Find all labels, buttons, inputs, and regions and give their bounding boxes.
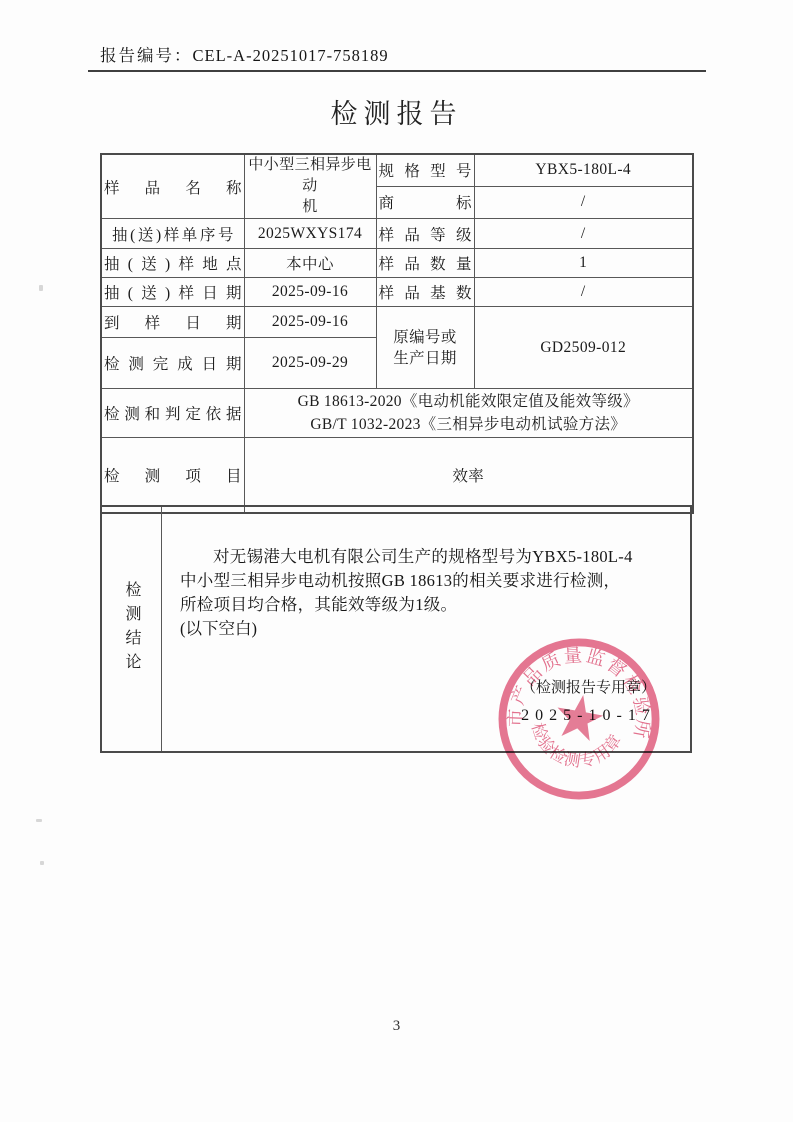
table-row: 抽(送)样地点 本中心 样品数量 1 [101,249,693,278]
report-page: 报告编号：CEL-A-20251017-758189 检测报告 样品名称 中小型… [0,0,793,1122]
conclusion-label-column: 检测结论 [102,507,162,751]
info-table: 样品名称 中小型三相异步电动 机 规格型号 YBX5-180L-4 商标 / 抽… [100,153,692,514]
trademark-value-cell: / [474,186,693,218]
sample-name-label-cell: 样品名称 [101,154,244,219]
arrival-date-label-cell: 到样日期 [101,307,244,338]
orig-no-label-cell: 原编号或 生产日期 [376,307,474,389]
report-number-label: 报告编号： [88,46,193,65]
sampling-date-label-cell: 抽(送)样日期 [101,278,244,307]
table-row: 检测和判定依据 GB 18613-2020《电动机能效限定值及能效等级》 GB/… [101,389,693,438]
base-value-cell: / [474,278,693,307]
page-title: 检测报告 [0,92,793,131]
quantity-label-cell: 样品数量 [376,249,474,278]
conclusion-box: 检测结论 对无锡港大电机有限公司生产的规格型号为YBX5-180L-4中小型三相… [100,505,692,753]
sample-name-value-cell: 中小型三相异步电动 机 [244,154,376,219]
grade-label-cell: 样品等级 [376,219,474,249]
quantity-value-cell: 1 [474,249,693,278]
arrival-date-value-cell: 2025-09-16 [244,307,376,338]
page-number: 3 [0,1018,793,1035]
scan-speck [36,819,42,822]
items-value-cell: 效率 [244,438,693,513]
table-row: 样品名称 中小型三相异步电动 机 规格型号 YBX5-180L-4 [101,154,693,186]
conclusion-label: 检测结论 [120,581,143,677]
location-label-cell: 抽(送)样地点 [101,249,244,278]
location-value-cell: 本中心 [244,249,376,278]
sampling-date-value-cell: 2025-09-16 [244,278,376,307]
seal-note-text: （检测报告专用章） [521,675,656,702]
trademark-label-cell: 商标 [376,186,474,218]
spec-label-cell: 规格型号 [376,154,474,186]
completion-date-label-cell: 检测完成日期 [101,338,244,389]
conclusion-paragraph: 对无锡港大电机有限公司生产的规格型号为YBX5-180L-4中小型三相异步电动机… [180,545,634,617]
basis-line-1: GB 18613-2020《电动机能效限定值及能效等级》 [247,390,691,413]
orig-no-value-cell: GD2509-012 [474,307,693,389]
seal-note-block: （检测报告专用章） 2025-10-17 [521,675,656,729]
basis-label-cell: 检测和判定依据 [101,389,244,438]
sheet-no-label-cell: 抽(送)样单序号 [101,219,244,249]
table-row: 抽(送)样日期 2025-09-16 样品基数 / [101,278,693,307]
spec-value-cell: YBX5-180L-4 [474,154,693,186]
grade-value-cell: / [474,219,693,249]
report-number-value: CEL-A-20251017-758189 [193,46,389,65]
table-row: 到样日期 2025-09-16 原编号或 生产日期 GD2509-012 [101,307,693,338]
seal-date: 2025-10-17 [521,702,656,729]
basis-value-cell: GB 18613-2020《电动机能效限定值及能效等级》 GB/T 1032-2… [244,389,693,438]
items-label-cell: 检测项目 [101,438,244,513]
table-row: 检测项目 效率 [101,438,693,513]
scan-speck [39,285,43,291]
report-number-line: 报告编号：CEL-A-20251017-758189 [88,42,706,72]
blank-below-note: (以下空白) [180,617,634,641]
table-row: 抽(送)样单序号 2025WXYS174 样品等级 / [101,219,693,249]
completion-date-value-cell: 2025-09-29 [244,338,376,389]
scan-speck [40,861,44,865]
basis-line-2: GB/T 1032-2023《三相异步电动机试验方法》 [247,413,691,436]
base-label-cell: 样品基数 [376,278,474,307]
sheet-no-value-cell: 2025WXYS174 [244,219,376,249]
